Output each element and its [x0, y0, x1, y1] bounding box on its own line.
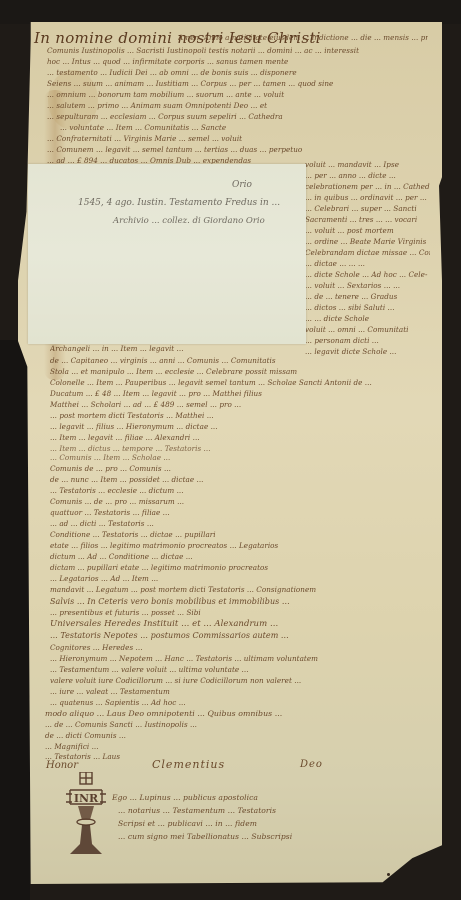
text-line: ... voluit ... post mortem [305, 226, 430, 236]
text-line: ... Hieronymum ... Nepotem ... Hanc ... … [50, 654, 432, 664]
text-line: ... voluit ... Sextarios ... ... [305, 281, 430, 291]
text-line: dictum ... Ad ... Conditione ... dictae … [50, 552, 432, 562]
paper-insert-title: Orio [232, 180, 252, 190]
text-line: Comunis ... de ... pro ... missarum ... [50, 497, 432, 507]
text-line: Conditione ... Testatoris ... dictae ...… [50, 530, 432, 540]
text-line: ... Confraternitati ... Virginis Marie .… [47, 134, 432, 144]
text-line: ... Item ... legavit ... filiae ... Alex… [50, 433, 432, 443]
text-line: ... ordine ... Beate Marie Virginis [305, 237, 430, 247]
text-line: Celebrandam dictae missae ... Congregati… [305, 248, 430, 258]
text-line: ... dictos ... sibi Saluti ... [305, 303, 430, 313]
text-line: Ducatum ... £ 48 ... Item ... legavit ..… [50, 389, 432, 399]
paper-insert: Orio 1545, 4 ago. Iustin. Testamento Fre… [28, 164, 306, 344]
paper-insert-line: Archivio ... collez. di Giordano Orio [113, 216, 265, 226]
text-line: Comunis Iustinopolis ... Sacristi Iustin… [47, 46, 432, 56]
text-line: ... salutem ... primo ... Animam suam Om… [47, 101, 432, 111]
text-line: celebrationem per ... in ... Cathedrali [305, 182, 430, 192]
text-line: ... post mortem dicti Testatoris ... Mat… [50, 411, 432, 421]
svg-text:INR: INR [74, 792, 99, 805]
text-line: ... de ... Comunis Sancti ... Iustinopol… [45, 720, 432, 730]
text-line: ... Magnifici ... [45, 742, 432, 752]
text-line: ... Comunem ... legavit ... semel tantum… [47, 145, 432, 155]
text-line: ... ad ... dicti ... Testatoris ... [50, 519, 432, 529]
text-line: Archangeli ... in ... Item ... legavit .… [50, 344, 305, 354]
text-line: hoc ... Intus ... quod ... infirmitate c… [47, 57, 432, 67]
text-line: Colonelle ... Item ... Pauperibus ... le… [50, 378, 432, 388]
text-line: ... personam dicti ... [305, 336, 430, 346]
text-line: ... notarius ... Testamentum ... Testato… [118, 806, 418, 816]
text-line: Seiens ... suum ... animam ... Iustitiam… [47, 79, 432, 89]
text-line: Universales Heredes Instituit ... et ...… [50, 619, 432, 629]
notary-sign-icon: INR [60, 772, 110, 862]
text-line: ... in quibus ... ordinavit ... per ... [305, 193, 430, 203]
text-line: ... Testatoris Nepotes ... postumos Comm… [50, 631, 432, 641]
text-line: ... ... dicte Schole [305, 314, 430, 324]
text-line: Comunis de ... pro ... Comunis ... [50, 464, 432, 474]
text-line: ... per ... anno ... dicte ... [305, 171, 430, 181]
text-line: valere voluit iure Codicillorum ... si i… [50, 676, 432, 686]
background-top [0, 0, 461, 24]
text-line: voluit ... omni ... Comunitati [305, 325, 430, 335]
text-line: ... Celebrari ... super ... Sancti [305, 204, 430, 214]
closing-word: Honor [46, 760, 78, 771]
text-line: ... iure ... valeat ... Testamentum [50, 687, 432, 697]
text-line: Salvis ... In Ceteris vero bonis mobilib… [50, 597, 432, 607]
text-line: ... legavit ... filius ... Hieronymum ..… [50, 422, 432, 432]
text-line: ... testamento ... Iudicii Dei ... ab om… [47, 68, 432, 78]
ink-spot [387, 873, 390, 876]
text-line: etate ... filios ... legitimo matrimonio… [50, 541, 432, 551]
text-line: ... dicte Schole ... Ad hoc ... Cele- [305, 270, 430, 280]
text-line: ... omnium ... bonorum tam mobilium ... … [47, 90, 432, 100]
text-line: ... Legatarios ... Ad ... Item ... [50, 574, 432, 584]
text-line: dictam ... pupillari etate ... legitimo … [50, 563, 432, 573]
text-line: Scripsi et ... publicavi ... in ... fide… [118, 819, 418, 829]
closing-word: Deo [300, 759, 323, 770]
paper-insert-line: 1545, 4 ago. Iustin. Testamento Fredus i… [78, 198, 280, 208]
text-line: de ... Capitaneo ... virginis ... anni .… [50, 356, 432, 366]
text-line: de ... nunc ... Item ... possidet ... di… [50, 475, 432, 485]
text-line: Cognitores ... Heredes ... [50, 643, 432, 653]
text-line: Ego ... Lupinus ... publicus apostolica [112, 793, 432, 803]
text-line: ... sepulturam ... ecclesiam ... Corpus … [47, 112, 432, 122]
text-line: ... presentibus et futuris ... posset ..… [50, 608, 432, 618]
background-left [0, 340, 30, 900]
text-line: Sacramenti ... tres ... ... vocari [305, 215, 430, 225]
text-line: Stola ... et manipulo ... Item ... eccle… [50, 367, 432, 377]
closing-word: Clementius [152, 758, 225, 771]
text-line: ... quatenus ... Sapientis ... Ad hoc ..… [50, 698, 432, 708]
text-line: ... Testatoris ... ecclesie ... dictum .… [50, 486, 432, 496]
text-line: ... de ... tenere ... Gradus [305, 292, 430, 302]
text-line: ... voluntate ... Item ... Comunitatis .… [60, 123, 432, 133]
text-line: ... Testamentum ... valere voluit ... ul… [50, 665, 432, 675]
text-line: mandavit ... Legatum ... post mortem dic… [50, 585, 432, 595]
text-line: de ... dicti Comunis ... [45, 731, 432, 741]
text-line: Matthei ... Scholari ... ad ... £ 489 ..… [50, 400, 432, 410]
text-line: ... cum signo mei Tabellionatus ... Subs… [118, 832, 338, 842]
text-line: ... dictae ... ... ... [305, 259, 430, 269]
text-line: modo aliquo ... Laus Deo omnipotenti ...… [45, 709, 432, 719]
text-line: Amen. Anno a nativitate eiusdem ... indi… [178, 33, 428, 43]
text-line: voluit ... mandavit ... Ipse [305, 160, 430, 170]
text-line: quattuor ... Testatoris ... filiae ... [50, 508, 432, 518]
text-line: ... Comunis ... Item ... Scholae ... [50, 453, 432, 463]
